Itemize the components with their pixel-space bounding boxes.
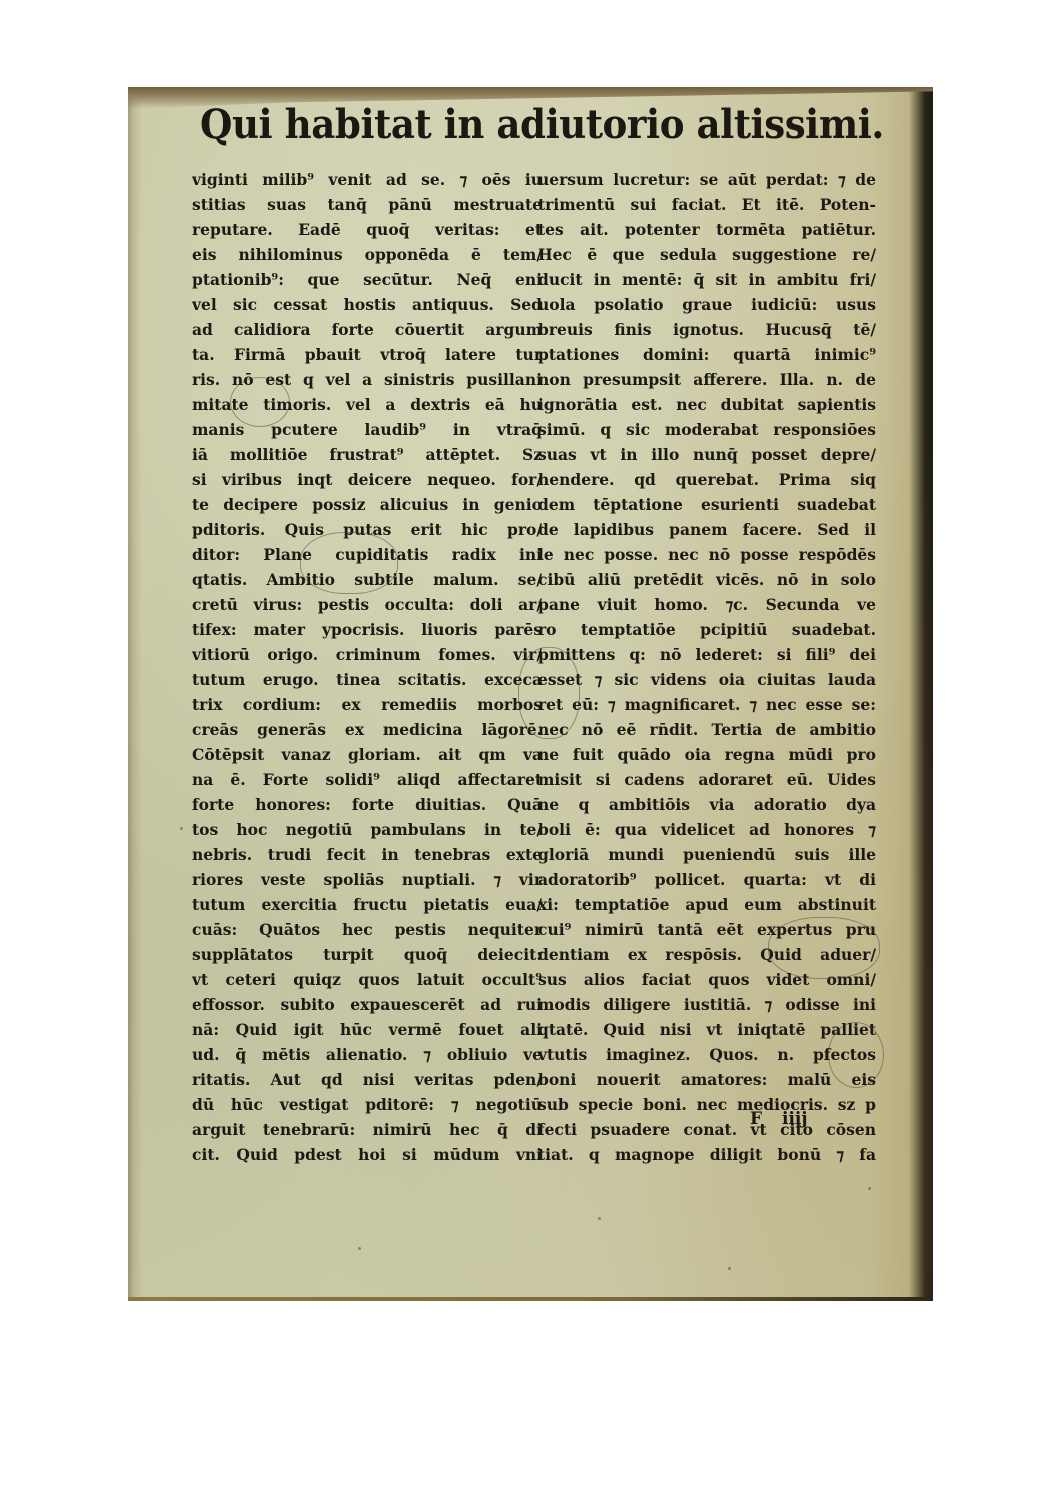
text-line: breuis finis ignotus. Hucusq̄ tē/ — [538, 317, 876, 342]
text-line: ne q ambitiōis via adoratio dya — [538, 792, 876, 817]
text-line: gloriā mundi pueniendū suis ille — [538, 842, 876, 867]
text-line: fecti psuadere conat. vt cito cōsen — [538, 1117, 876, 1142]
text-line: uola psolatio graue iudiciū: usus — [538, 292, 876, 317]
text-line: tutum exercitia fructu pietatis eua/ — [192, 892, 542, 917]
text-line: esset ⁊ sic videns oia ciuitas lauda — [538, 667, 876, 692]
text-line: si viribus inqt deicere nequeo. for/ — [192, 467, 542, 492]
text-line: ducit in mentē: q̄ sit in ambitu fri/ — [538, 267, 876, 292]
text-line: trimentū sui faciat. Et itē. Poten- — [538, 192, 876, 217]
text-line: viginti milib⁹ venit ad se. ⁊ oēs iu — [192, 167, 542, 192]
text-line: ad calidiora forte cōuertit argum — [192, 317, 542, 342]
text-line: ritatis. Aut qd nisi veritas pden/ — [192, 1067, 542, 1092]
text-line: sus alios faciat quos videt omni/ — [538, 967, 876, 992]
text-line: trix cordium: ex remediis morbos — [192, 692, 542, 717]
text-line: vt ceteri quiqz quos latuit occult⁹ — [192, 967, 542, 992]
text-line: riores veste spoliās nuptiali. ⁊ vir — [192, 867, 542, 892]
text-line: arguit tenebrarū: nimirū hec q̄ di — [192, 1117, 542, 1142]
text-line: pditoris. Quis putas erit hic pro/ — [192, 517, 542, 542]
text-line: boni nouerit amatores: malū eis — [538, 1067, 876, 1092]
text-line: vel sic cessat hostis antiquus. Sed — [192, 292, 542, 317]
text-line: nā: Quid igit hūc vermē fouet ali — [192, 1017, 542, 1042]
text-line: forte honores: forte diuitias. Quā — [192, 792, 542, 817]
text-line: te decipere possiz alicuius in genio — [192, 492, 542, 517]
text-line: pane viuit homo. ⁊c. Secunda ve — [538, 592, 876, 617]
text-line: cui⁹ nimirū tantā eēt expertus pru — [538, 917, 876, 942]
text-line: le nec posse. nec nō posse respōdēs — [538, 542, 876, 567]
text-line: tutum erugo. tinea scitatis. exceca — [192, 667, 542, 692]
text-line: tiat. q magnope diligit bonū ⁊ fa — [538, 1142, 876, 1167]
text-line: tes ait. potenter tormēta patiētur. — [538, 217, 876, 242]
text-line: Hec ē que sedula suggestione re/ — [538, 242, 876, 267]
right-text-column: uersum lucretur: se aūt perdat: ⁊ detrim… — [538, 167, 876, 1167]
text-line: stitias suas tanq̄ pānū mestruate — [192, 192, 542, 217]
text-line: qtatē. Quid nisi vt iniqtatē palliet — [538, 1017, 876, 1042]
text-line: ptationib⁹: que secūtur. Neq̄ eni — [192, 267, 542, 292]
text-line: reputare. Eadē quoq̄ veritas: et — [192, 217, 542, 242]
text-line: creās generās ex medicina lāgorē. — [192, 717, 542, 742]
text-line: tifex: mater ypocrisis. liuoris parēs — [192, 617, 542, 642]
text-line: modis diligere iustitiā. ⁊ odisse ini — [538, 992, 876, 1017]
text-line: adoratorib⁹ pollicet. quarta: vt di — [538, 867, 876, 892]
text-line: cibū aliū pretēdit vicēs. nō in solo — [538, 567, 876, 592]
page-heading: Qui habitat in adiutorio altissimi. — [200, 105, 832, 145]
text-line: ud. q̄ mētis alienatio. ⁊ obliuio ve — [192, 1042, 542, 1067]
text-line: de lapidibus panem facere. Sed il — [538, 517, 876, 542]
text-line: suas vt in illo nunq̄ posset depre/ — [538, 442, 876, 467]
signature-mark: F iiij — [750, 1109, 808, 1129]
text-line: tos hoc negotiū pambulans in te/ — [192, 817, 542, 842]
text-line: pmittens q: nō lederet: si fili⁹ dei — [538, 642, 876, 667]
text-line: Cōtēpsit vanaz gloriam. ait qm va — [192, 742, 542, 767]
text-line: nec nō eē rn̄dit. Tertia de ambitio — [538, 717, 876, 742]
text-line: cit. Quid pdest hoi si mūdum vni — [192, 1142, 542, 1167]
text-line: sub specie boni. nec mediocris. sz p — [538, 1092, 876, 1117]
text-line: boli ē: qua videlicet ad honores ⁊ — [538, 817, 876, 842]
text-line: qtatis. Ambitio subtile malum. se/ — [192, 567, 542, 592]
text-line: vtutis imaginez. Quos. n. pfectos — [538, 1042, 876, 1067]
text-line: ditor: Plane cupiditatis radix ini — [192, 542, 542, 567]
text-line: simū. q sic moderabat responsiōes — [538, 417, 876, 442]
text-line: dū hūc vestigat pditorē: ⁊ negotiū — [192, 1092, 542, 1117]
scanned-page: Qui habitat in adiutorio altissimi. vigi… — [128, 87, 933, 1301]
text-line: mitate timoris. vel a dextris eā hu — [192, 392, 542, 417]
text-line: ptationes domini: quartā inimic⁹ — [538, 342, 876, 367]
text-line: cretū virus: pestis occulta: doli ar/ — [192, 592, 542, 617]
paper-speck — [598, 1217, 601, 1220]
text-line: ne fuit quādo oia regna mūdi pro — [538, 742, 876, 767]
text-line: nebris. trudi fecit in tenebras exte — [192, 842, 542, 867]
text-line: ret eū: ⁊ magnificaret. ⁊ nec esse se: — [538, 692, 876, 717]
left-text-column: viginti milib⁹ venit ad se. ⁊ oēs iustit… — [192, 167, 542, 1167]
paper-speck — [180, 827, 183, 830]
text-line: supplātatos turpit quoq̄ deiecit: — [192, 942, 542, 967]
text-line: ta. Firmā pbauit vtroq̄ latere tur — [192, 342, 542, 367]
text-line: hendere. qd querebat. Prima siq — [538, 467, 876, 492]
text-line: dentiam ex respōsis. Quid aduer/ — [538, 942, 876, 967]
text-line: ris. nō est q vel a sinistris pusillani — [192, 367, 542, 392]
text-line: cuās: Quātos hec pestis nequiter — [192, 917, 542, 942]
text-line: non presumpsit afferere. Illa. n. de — [538, 367, 876, 392]
text-line: dem tēptatione esurienti suadebat — [538, 492, 876, 517]
text-line: xi: temptatiōe apud eum abstinuit — [538, 892, 876, 917]
paper-speck — [728, 1267, 731, 1270]
text-line: na ē. Forte solidi⁹ aliqd affectaret — [192, 767, 542, 792]
text-line: iā mollitiōe frustrat⁹ attēptet. Sz — [192, 442, 542, 467]
text-line: manis pcutere laudib⁹ in vtraq̄ — [192, 417, 542, 442]
paper-speck — [358, 1247, 361, 1250]
text-line: effossor. subito expauescerēt ad rui — [192, 992, 542, 1017]
text-line: misit si cadens adoraret eū. Uides — [538, 767, 876, 792]
paper-speck — [868, 1187, 871, 1190]
text-line: ro temptatiōe pcipitiū suadebat. — [538, 617, 876, 642]
text-line: eis nihilominus opponēda ē tem/ — [192, 242, 542, 267]
text-line: uersum lucretur: se aūt perdat: ⁊ de — [538, 167, 876, 192]
text-line: ignorātia est. nec dubitat sapientis — [538, 392, 876, 417]
text-line: vitiorū origo. criminum fomes. vir/ — [192, 642, 542, 667]
